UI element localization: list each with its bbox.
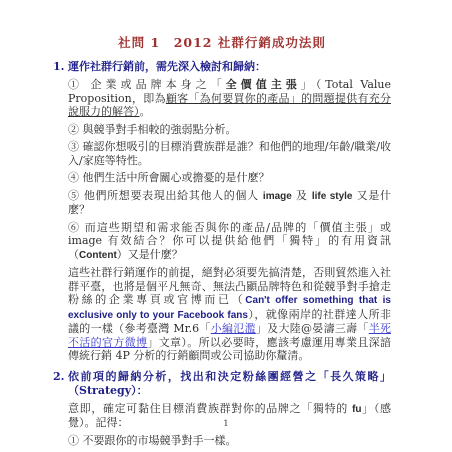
item-5-bold-en: life style — [312, 191, 353, 202]
page-number: 1 — [0, 419, 452, 429]
item-5-text: 及 — [292, 189, 312, 202]
section-1-number: 1. — [53, 60, 64, 74]
item-1-text: 。 — [140, 105, 151, 118]
section-2: 2. 依前項的歸納分析，找出和決定粉絲團經營之「長久策略」（Strategy）：… — [53, 370, 391, 448]
section-1-body: ① 企業或品牌本身之「全價值主張」（Total Value Propositio… — [68, 78, 391, 363]
section-2-heading-english: Strategy — [79, 384, 131, 397]
section-2-heading-text: ）： — [131, 384, 148, 397]
list-item-6: ⑥ 而這些期望和需求能否與你的產品/品牌的「價值主張」或 image 有效結合？… — [68, 221, 391, 263]
document-content: 社問 1 2012 社群行銷成功法則 1. 運作社群行銷前，需先深入檢討和歸納：… — [53, 33, 391, 447]
item-1-text: ① 企業或品牌本身之「 — [68, 78, 226, 91]
section-1-paragraph: 這些社群行銷運作的前提，絕對必須要先搞清楚，否則貿然進入社群平臺，也將是個平凡無… — [68, 266, 391, 363]
section-1: 1. 運作社群行銷前，需先深入檢討和歸納： ① 企業或品牌本身之「全價值主張」（… — [53, 60, 391, 363]
list-item-3: ③ 確認你想吸引的目標消費族群是誰？和他們的地理/年齡/職業/收入/家庭等特性。 — [68, 140, 391, 167]
list-item-4: ④ 他們生活中所會關心或擔憂的是什麼？ — [68, 171, 391, 185]
section-2-number: 2. — [53, 370, 64, 384]
item-5-text: ⑤ 他們所想要表現出給其他人的個人 — [68, 189, 263, 202]
item-6-text: ）又是什麼？ — [117, 248, 183, 261]
list-item: ① 不要跟你的市場競爭對手一樣。 — [68, 434, 391, 448]
hyperlink-xiaobian-article[interactable]: 小編氾濫 — [211, 322, 256, 335]
section-2-heading: 2. 依前項的歸納分析，找出和決定粉絲團經營之「長久策略」（Strategy）： — [53, 370, 391, 398]
item-6-bold-en: Content — [79, 250, 117, 261]
section-1-heading-text: 運作社群行銷前，需先深入檢討和歸納： — [68, 60, 266, 73]
section-1-heading: 1. 運作社群行銷前，需先深入檢討和歸納： — [53, 60, 391, 74]
item-5-bold-en: image — [263, 191, 292, 202]
item-1-bold-term: 全價值主張 — [226, 78, 301, 91]
document-page: 社問 1 2012 社群行銷成功法則 1. 運作社群行銷前，需先深入檢討和歸納：… — [0, 0, 452, 452]
list-item-2: ② 與競爭對手相較的強弱點分析。 — [68, 123, 391, 137]
document-title: 社問 1 2012 社群行銷成功法則 — [53, 33, 391, 51]
paragraph-bold-en: fu — [352, 404, 361, 415]
paragraph-text: 」及大陸@晏濤三壽「 — [256, 322, 369, 335]
list-item-1: ① 企業或品牌本身之「全價值主張」（Total Value Propositio… — [68, 78, 391, 119]
paragraph-text: 意即，確定可黏住目標消費族群對你的品牌之「獨特的 — [68, 402, 352, 415]
list-item-5: ⑤ 他們所想要表現出給其他人的個人 image 及 life style 又是什… — [68, 189, 391, 217]
